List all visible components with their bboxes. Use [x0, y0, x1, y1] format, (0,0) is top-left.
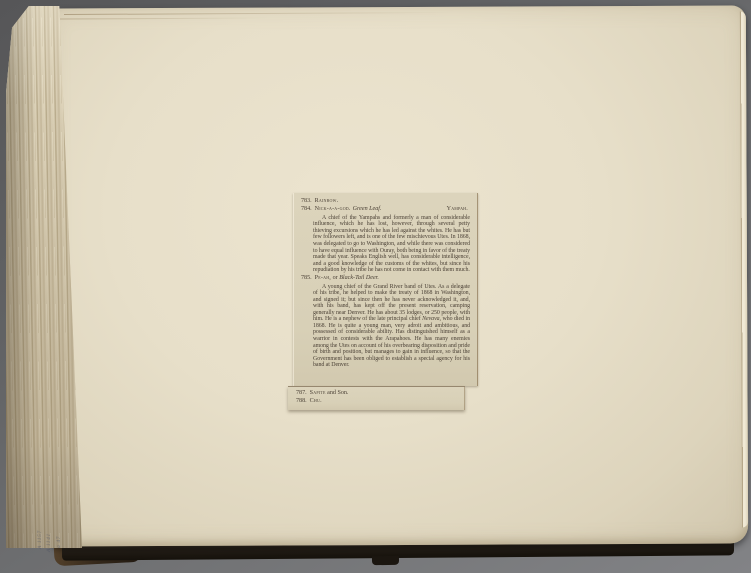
photograph-of-album-page: A 1157 A 1141 a 47 783.Rainbow. 784.Nick… — [0, 0, 751, 573]
entry-tribe: Yampah. — [447, 206, 468, 213]
entry-788-chu: 788.Chu. — [296, 398, 459, 405]
album-binding-tab — [372, 556, 399, 565]
pencil-annotation: a 47 — [56, 536, 62, 548]
pencil-annotation: A 1157 — [37, 530, 43, 549]
entry-alias: Black-Tail Deer. — [339, 275, 379, 281]
entry-number: 788. — [296, 398, 307, 404]
entry-785-biography: A young chief of the Grand River band of… — [313, 284, 470, 369]
entry-name-rest: and Son. — [326, 390, 349, 396]
clipping-main-piece: 783.Rainbow. 784.Nick-a-a-god.Green Leaf… — [293, 193, 478, 386]
chief-name-italic: Nevava, — [422, 316, 441, 322]
biography-text: who died in 1868. He is quite a young ma… — [313, 316, 470, 368]
entry-number: 787. — [296, 390, 307, 396]
entry-number: 785. — [301, 275, 312, 281]
entry-name: Sapite — [310, 390, 326, 396]
entry-number: 784. — [301, 206, 312, 212]
entry-name: Chu. — [310, 398, 322, 404]
entry-784-nick-a-a-god: 784.Nick-a-a-god.Green Leaf.Yampah. — [301, 206, 470, 213]
entry-number: 783. — [301, 198, 312, 204]
catalogue-clipping: 783.Rainbow. 784.Nick-a-a-god.Green Leaf… — [293, 193, 478, 386]
pencil-annotation: A 1141 — [46, 533, 52, 552]
entry-alias: Green Leaf. — [353, 206, 382, 212]
entry-name: Nick-a-a-god. — [315, 206, 351, 212]
entry-785-pe-ah: 785.Pe-ah, or Black-Tail Deer. — [301, 275, 470, 282]
entry-784-biography: A chief of the Yampahs and formerly a ma… — [313, 215, 470, 274]
entry-787-sapite: 787.Sapite and Son. — [296, 390, 459, 397]
entry-name: Pe-ah, — [315, 275, 331, 281]
entry-connector: or — [333, 275, 338, 281]
clipping-bottom-strip: 787.Sapite and Son. 788.Chu. — [288, 386, 465, 410]
entry-name: Rainbow. — [315, 198, 339, 204]
entry-783-rainbow: 783.Rainbow. — [301, 198, 470, 205]
page-fore-edge-right — [740, 11, 748, 527]
